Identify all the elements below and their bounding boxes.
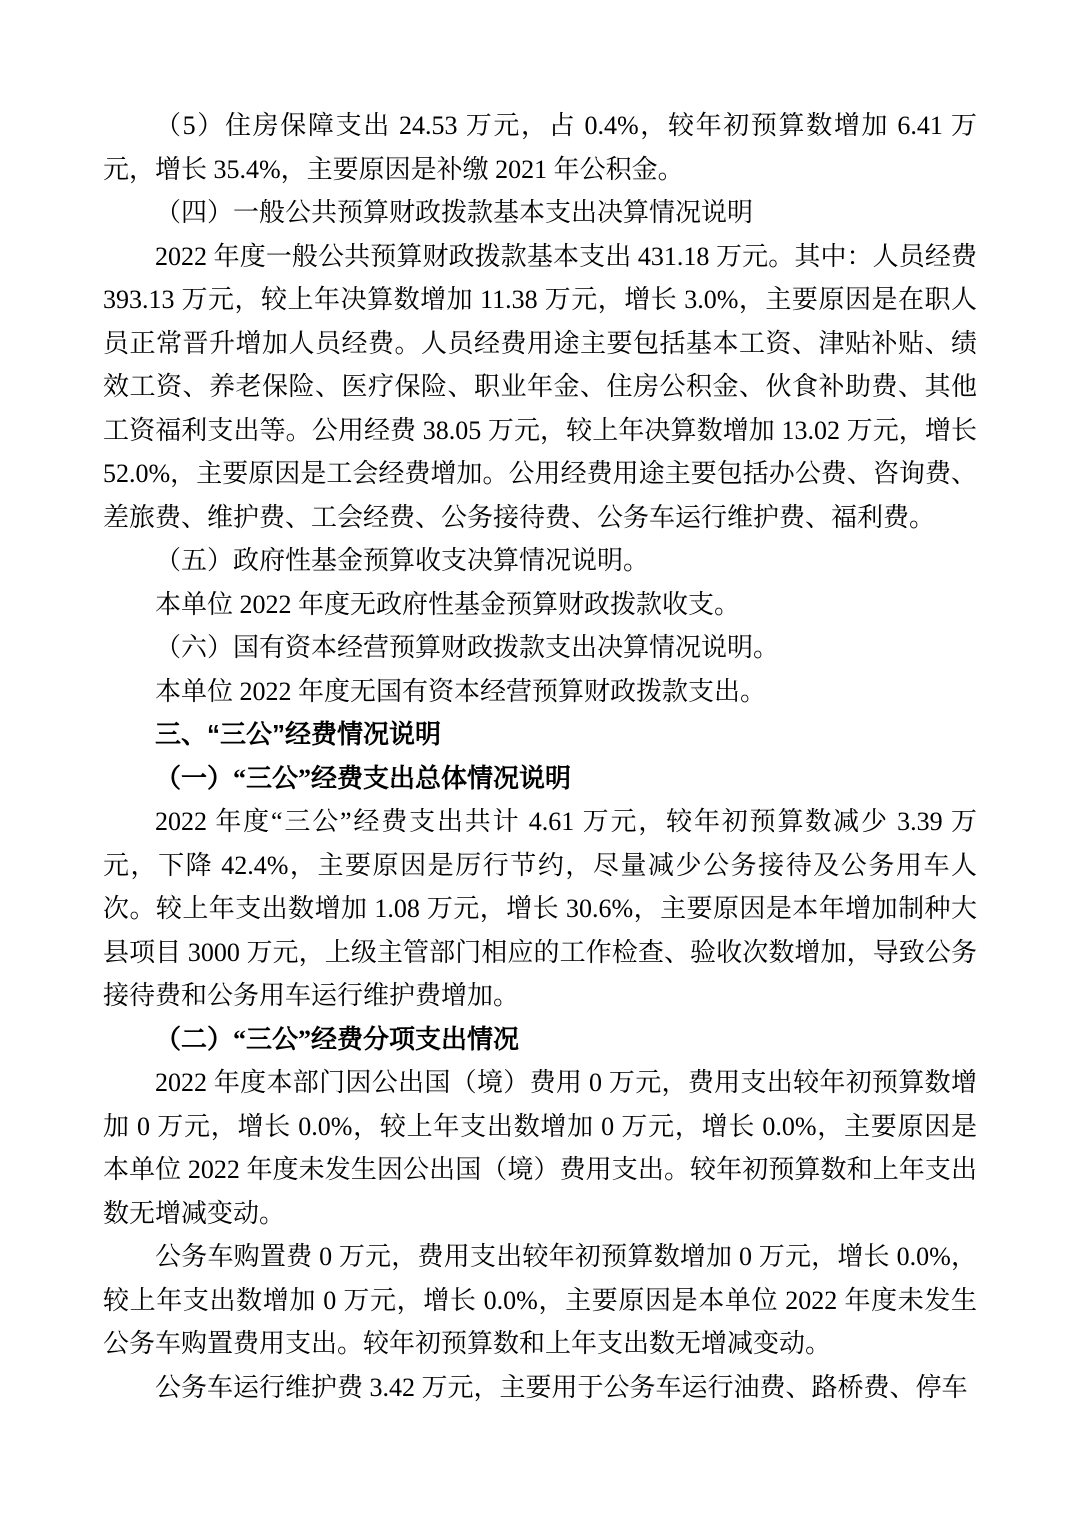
subsection-title-state-capital-budget: （六）国有资本经营预算财政拨款支出决算情况说明。 <box>103 626 977 670</box>
para-basic-expenditure-detail: 2022 年度一般公共预算财政拨款基本支出 431.18 万元。其中：人员经费 … <box>103 235 977 540</box>
subsection-title-three-public-breakdown: （二）“三公”经费分项支出情况 <box>103 1018 977 1062</box>
document-page: （5）住房保障支出 24.53 万元，占 0.4%，较年初预算数增加 6.41 … <box>0 0 1075 1521</box>
para-three-public-overall: 2022 年度“三公”经费支出共计 4.61 万元，较年初预算数减少 3.39 … <box>103 800 977 1018</box>
section-title-three-public-expenses: 三、“三公”经费情况说明 <box>103 713 977 757</box>
para-overseas-travel-expense: 2022 年度本部门因公出国（境）费用 0 万元，费用支出较年初预算数增加 0 … <box>103 1061 977 1235</box>
para-vehicle-operation-expense: 公务车运行维护费 3.42 万元，主要用于公务车运行油费、路桥费、停车 <box>103 1366 977 1410</box>
para-housing-support-expenditure: （5）住房保障支出 24.53 万元，占 0.4%，较年初预算数增加 6.41 … <box>103 104 977 191</box>
para-vehicle-purchase-expense: 公务车购置费 0 万元，费用支出较年初预算数增加 0 万元，增长 0.0%，较上… <box>103 1235 977 1366</box>
subsection-title-three-public-overall: （一）“三公”经费支出总体情况说明 <box>103 757 977 801</box>
subsection-title-gov-fund-budget: （五）政府性基金预算收支决算情况说明。 <box>103 539 977 583</box>
para-state-capital-budget: 本单位 2022 年度无国有资本经营预算财政拨款支出。 <box>103 670 977 714</box>
para-gov-fund-budget: 本单位 2022 年度无政府性基金预算财政拨款收支。 <box>103 583 977 627</box>
subsection-title-basic-expenditure: （四）一般公共预算财政拨款基本支出决算情况说明 <box>103 191 977 235</box>
